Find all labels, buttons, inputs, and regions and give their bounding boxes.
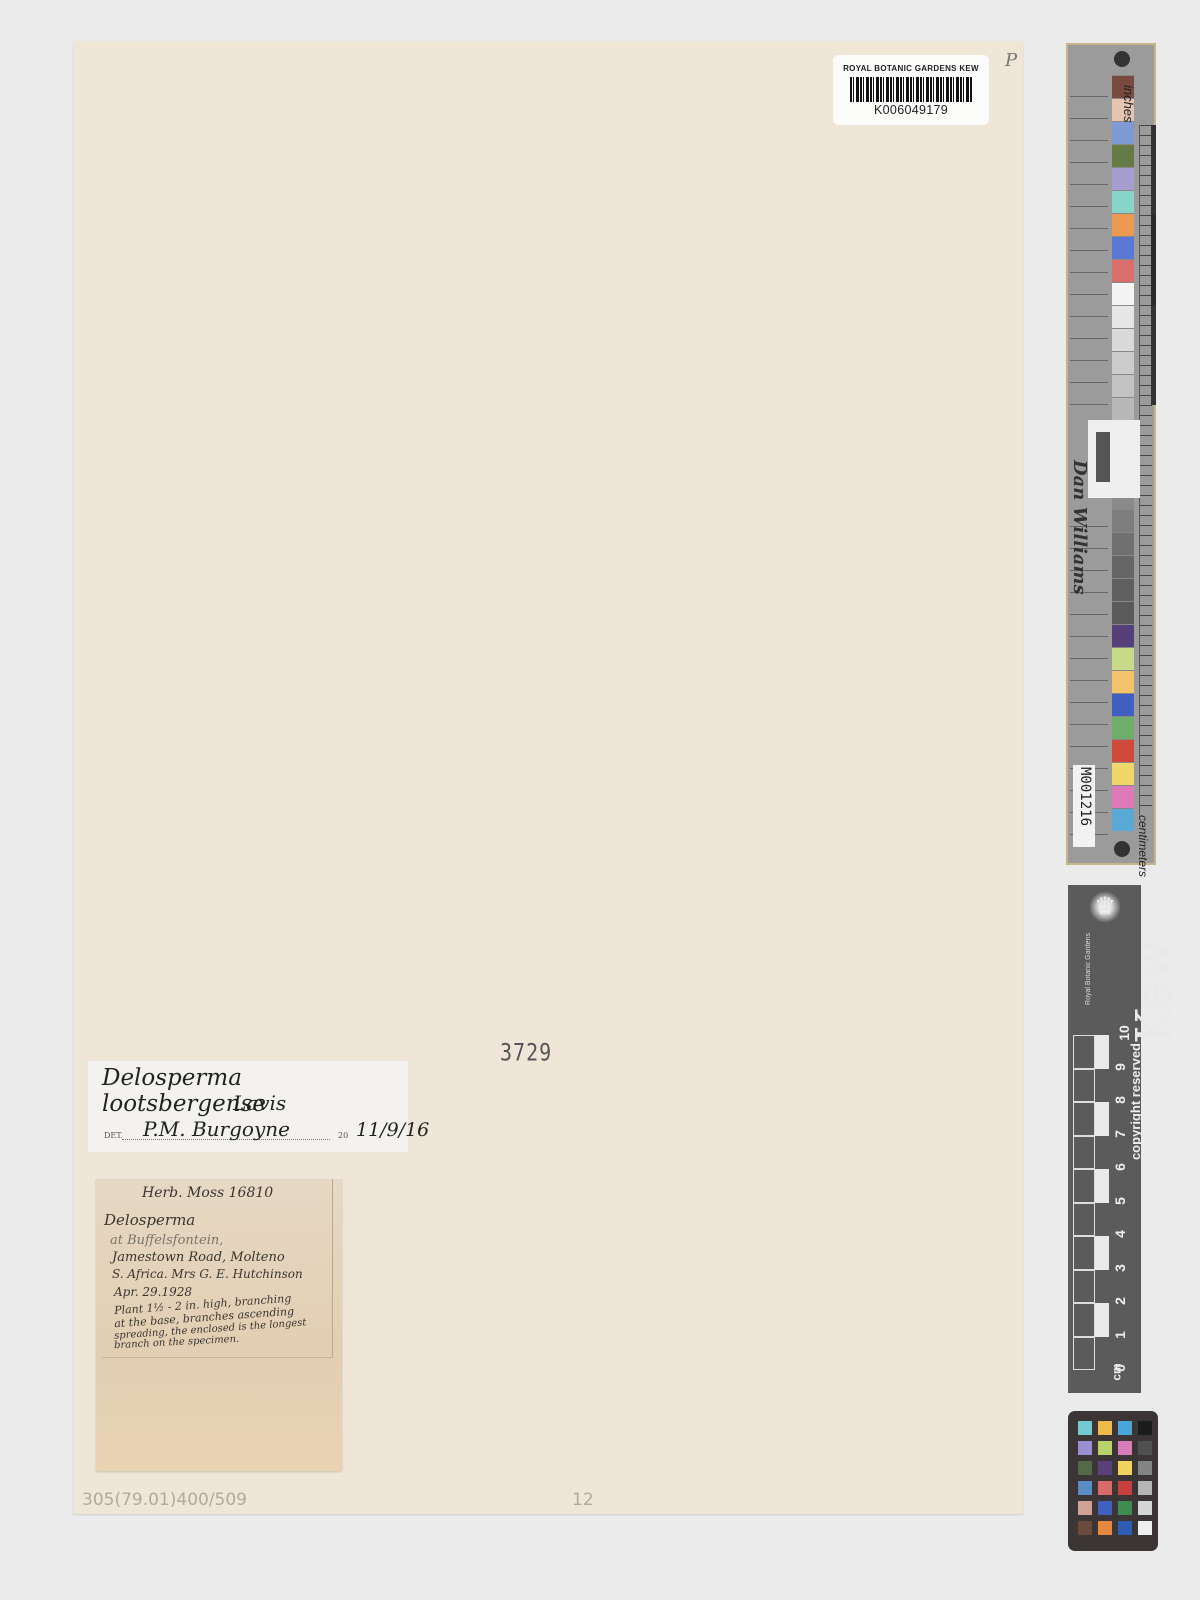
checker-cell <box>1098 1521 1112 1535</box>
checker-cell <box>1098 1441 1112 1455</box>
determiner-name: P.M. Burgoyne <box>143 1117 290 1141</box>
ruler-bar <box>1151 125 1156 215</box>
year-prefix: 20 <box>338 1131 348 1140</box>
specimen-packet: Herb. Moss 16810 Delosperma at Buffelsfo… <box>96 1179 342 1471</box>
checker-cell <box>1118 1461 1132 1475</box>
cm-block-light <box>1095 1169 1109 1203</box>
packet-line: at Buffelsfontein, <box>110 1233 223 1248</box>
packet-label: Herb. Moss 16810 Delosperma at Buffelsfo… <box>102 1179 333 1358</box>
royal-crest-icon: ♛ <box>1090 890 1120 924</box>
color-swatch <box>1112 509 1134 532</box>
checker-cell <box>1078 1441 1092 1455</box>
color-swatch <box>1112 121 1134 144</box>
cm-number: 6 <box>1112 1163 1128 1171</box>
color-swatch <box>1112 374 1134 397</box>
color-swatch <box>1112 259 1134 282</box>
determination-date: 11/9/16 <box>356 1119 429 1141</box>
gray-target <box>1088 420 1140 498</box>
cm-number: 9 <box>1112 1063 1128 1071</box>
checker-cell <box>1138 1481 1152 1495</box>
density-values-column <box>1070 75 1108 405</box>
cm-block <box>1073 1270 1095 1304</box>
checker-cell <box>1098 1461 1112 1475</box>
checker-cell <box>1138 1441 1152 1455</box>
checker-cell <box>1078 1481 1092 1495</box>
checker-cell <box>1138 1461 1152 1475</box>
color-swatch <box>1112 167 1134 190</box>
cm-block <box>1073 1236 1095 1270</box>
color-swatch <box>1112 351 1134 374</box>
barcode-label: ROYAL BOTANIC GARDENS KEW K006049179 <box>833 55 989 125</box>
cm-block <box>1073 1203 1095 1237</box>
checker-cell <box>1098 1481 1112 1495</box>
unit-centimeters: centimeters <box>1136 815 1150 877</box>
checker-cell <box>1118 1481 1132 1495</box>
color-swatch <box>1112 578 1134 601</box>
det-prefix: DET. <box>104 1131 123 1140</box>
color-swatch <box>1112 328 1134 351</box>
color-swatch <box>1112 190 1134 213</box>
color-swatch <box>1112 213 1134 236</box>
color-swatch <box>1112 739 1134 762</box>
packet-line: Delosperma <box>104 1211 195 1229</box>
checker-cell <box>1078 1421 1092 1435</box>
color-swatch <box>1112 236 1134 259</box>
color-swatch <box>1112 716 1134 739</box>
checker-cell <box>1078 1461 1092 1475</box>
unit-cm: cm <box>1110 1363 1124 1380</box>
cm-number: 4 <box>1112 1230 1128 1238</box>
color-swatch <box>1112 647 1134 670</box>
cm-number: 3 <box>1112 1264 1128 1272</box>
color-checker-card <box>1068 1411 1158 1551</box>
scale-hole-bottom <box>1114 841 1130 857</box>
color-checker-grid <box>1078 1421 1152 1535</box>
color-swatch <box>1112 601 1134 624</box>
cm-block <box>1073 1102 1095 1136</box>
cm-block <box>1073 1035 1095 1069</box>
color-swatch <box>1112 555 1134 578</box>
color-swatch <box>1112 670 1134 693</box>
pencil-note-catalogue: 305(79.01)400/509 <box>82 1490 247 1510</box>
color-swatch <box>1112 624 1134 647</box>
kew-scale-bar: ♛ Royal Botanic Gardens Kew copyright re… <box>1068 885 1141 1393</box>
accession-stamp: 3729 <box>500 1038 552 1067</box>
cm-number: 1 <box>1112 1331 1128 1339</box>
cm-block <box>1073 1136 1095 1170</box>
packet-line: S. Africa. Mrs G. E. Hutchinson <box>112 1267 303 1281</box>
corner-mark: P <box>1005 50 1017 71</box>
cm-block <box>1073 1303 1095 1337</box>
unit-inches: inches <box>1121 85 1136 123</box>
cm-number: 2 <box>1112 1297 1128 1305</box>
cm-block <box>1073 1169 1095 1203</box>
checker-cell <box>1098 1421 1112 1435</box>
cm-ruler: 012345678910 <box>1073 1035 1109 1375</box>
cm-block <box>1073 1337 1095 1371</box>
checker-cell <box>1118 1421 1132 1435</box>
checker-cell <box>1138 1501 1152 1515</box>
color-swatch <box>1112 144 1134 167</box>
color-swatch <box>1112 397 1134 420</box>
scale-hole-top <box>1114 51 1130 67</box>
color-swatch <box>1112 693 1134 716</box>
cm-block-light <box>1095 1303 1109 1337</box>
taxon-author: Lavis <box>233 1091 286 1115</box>
checker-cell <box>1098 1501 1112 1515</box>
cm-number: 5 <box>1112 1197 1128 1205</box>
cm-number: 8 <box>1112 1096 1128 1104</box>
determination-label: Delosperma lootsbergense Lavis DET. P.M.… <box>88 1061 408 1152</box>
checker-cell <box>1078 1501 1092 1515</box>
checker-cell <box>1138 1521 1152 1535</box>
color-swatch <box>1112 762 1134 785</box>
kew-logo: Kew <box>1126 940 1182 1044</box>
cm-block-light <box>1095 1035 1109 1069</box>
barcode-icon <box>850 77 972 102</box>
scale-brand: Dan Williams <box>1069 460 1090 595</box>
institution-name: ROYAL BOTANIC GARDENS KEW <box>833 64 989 73</box>
checker-cell <box>1118 1441 1132 1455</box>
ruler-bar <box>1151 215 1156 305</box>
color-density-scale: inches Dan Williams M001216 centimeters <box>1066 43 1156 865</box>
packet-line: Jamestown Road, Molteno <box>112 1250 285 1265</box>
packet-line: Apr. 29.1928 <box>114 1285 192 1299</box>
cm-block-light <box>1095 1236 1109 1270</box>
color-swatch <box>1112 532 1134 555</box>
cm-block <box>1073 1069 1095 1103</box>
copyright-text: copyright reserved <box>1128 1043 1143 1160</box>
pencil-note-number: 12 <box>572 1490 594 1510</box>
gray-wedge <box>1096 432 1110 482</box>
checker-cell <box>1118 1521 1132 1535</box>
checker-cell <box>1138 1421 1152 1435</box>
color-swatch <box>1112 808 1134 831</box>
color-swatch <box>1112 305 1134 328</box>
color-swatch <box>1112 282 1134 305</box>
ruler-bar <box>1151 305 1156 405</box>
cm-number: 10 <box>1116 1025 1132 1041</box>
barcode-number: K006049179 <box>833 103 989 117</box>
scale-id: M001216 <box>1077 767 1093 826</box>
kew-logo-subtitle: Royal Botanic Gardens <box>1085 933 1092 1005</box>
checker-cell <box>1118 1501 1132 1515</box>
packet-line: Herb. Moss 16810 <box>142 1185 273 1201</box>
color-swatch <box>1112 785 1134 808</box>
cm-block-light <box>1095 1102 1109 1136</box>
checker-cell <box>1078 1521 1092 1535</box>
cm-number: 7 <box>1112 1130 1128 1138</box>
